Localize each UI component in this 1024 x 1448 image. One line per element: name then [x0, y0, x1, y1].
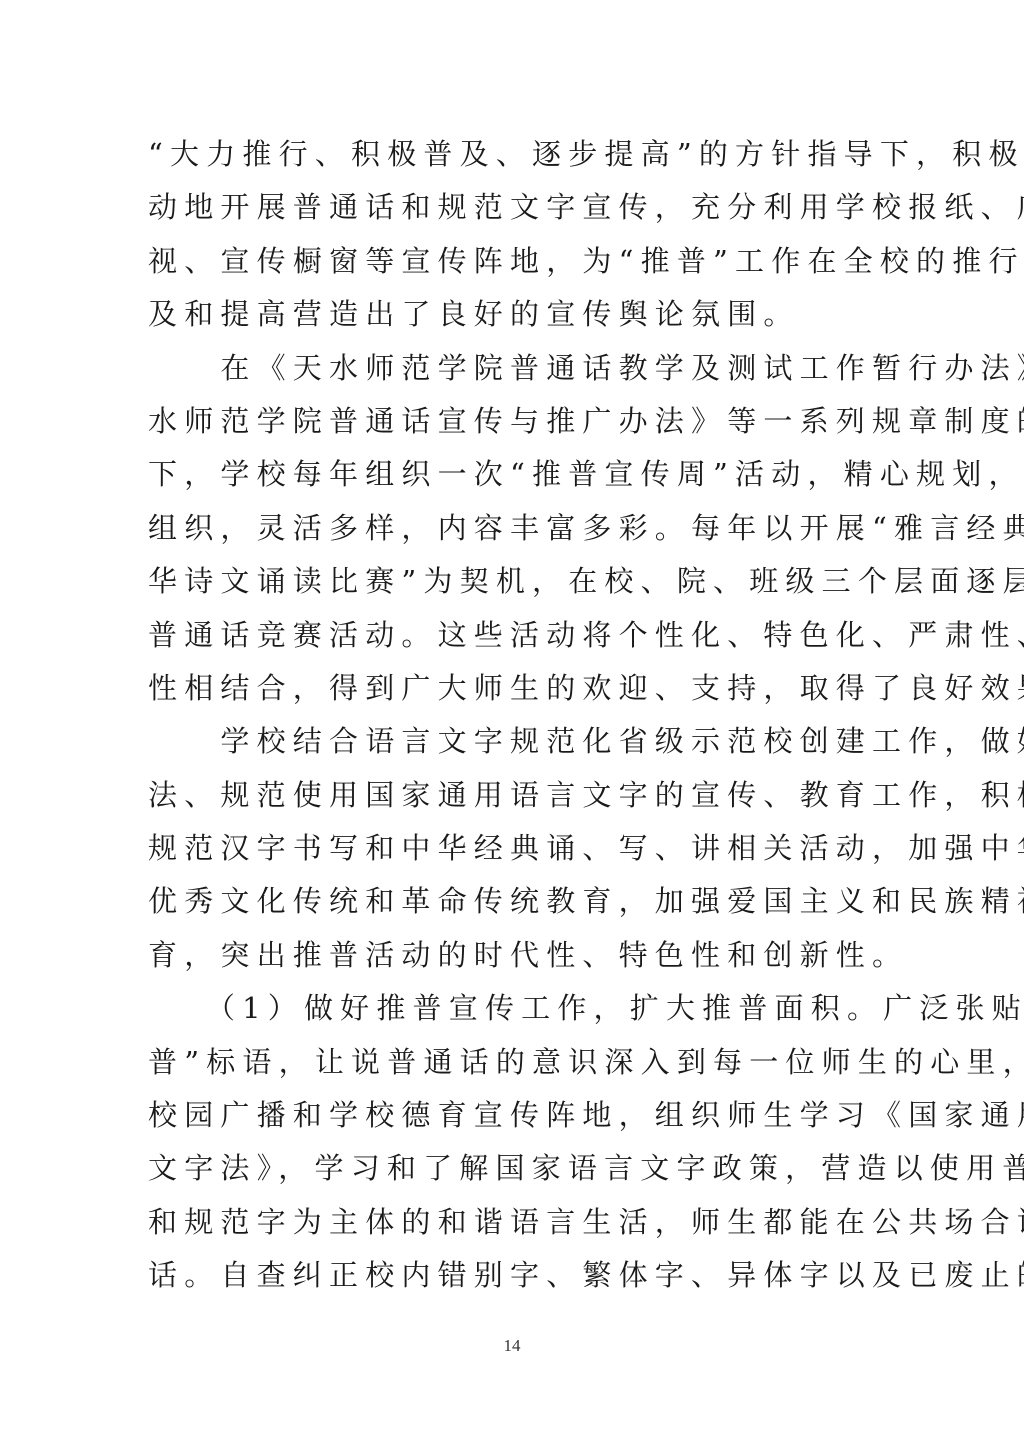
text-line: 法、规范使用国家通用语言文字的宣传、教育工作，积极开展: [148, 769, 883, 822]
text-line: 普”标语，让说普通话的意识深入到每一位师生的心里，通过: [148, 1036, 883, 1089]
text-line: 水师范学院普通话宣传与推广办法》等一系列规章制度的规范: [148, 395, 883, 448]
text-line: 视、宣传橱窗等宣传阵地，为“推普”工作在全校的推行、普: [148, 235, 883, 288]
text-line: 和规范字为主体的和谐语言生活，师生都能在公共场合讲普通: [148, 1196, 883, 1249]
text-line: 话。自查纠正校内错别字、繁体字、异体字以及已废止的不规: [148, 1249, 883, 1302]
page-number: 14: [0, 1336, 1024, 1356]
text-line: 学校结合语言文字规范化省级示范校创建工作，做好依: [148, 715, 883, 768]
text-line: 下，学校每年组织一次“推普宣传周”活动，精心规划，科学: [148, 448, 883, 501]
text-line: 动地开展普通话和规范文字宣传，充分利用学校报纸、广播电: [148, 181, 883, 234]
body-text: “大力推行、积极普及、逐步提高”的方针指导下，积极、主 动地开展普通话和规范文字…: [148, 128, 883, 1303]
text-line: 校园广播和学校德育宣传阵地，组织师生学习《国家通用语言: [148, 1089, 883, 1142]
text-line: 华诗文诵读比赛”为契机，在校、院、班级三个层面逐层开展: [148, 555, 883, 608]
text-line: “大力推行、积极普及、逐步提高”的方针指导下，积极、主: [148, 128, 883, 181]
text-line: 及和提高营造出了良好的宣传舆论氛围。: [148, 288, 883, 341]
text-line: 优秀文化传统和革命传统教育，加强爱国主义和民族精神教: [148, 875, 883, 928]
text-line: （1）做好推普宣传工作，扩大推普面积。广泛张贴“推: [148, 982, 883, 1035]
text-line: 性相结合，得到广大师生的欢迎、支持，取得了良好效果。: [148, 662, 883, 715]
text-line: 育，突出推普活动的时代性、特色性和创新性。: [148, 929, 883, 982]
text-line: 规范汉字书写和中华经典诵、写、讲相关活动，加强中华民族: [148, 822, 883, 875]
document-page: “大力推行、积极普及、逐步提高”的方针指导下，积极、主 动地开展普通话和规范文字…: [0, 0, 1024, 1448]
text-line: 普通话竞赛活动。这些活动将个性化、特色化、严肃性、趣味: [148, 609, 883, 662]
text-line: 组织，灵活多样，内容丰富多彩。每年以开展“雅言经典、中: [148, 502, 883, 555]
text-line: 在《天水师范学院普通话教学及测试工作暂行办法》《天: [148, 342, 883, 395]
text-line: 文字法》，学习和了解国家语言文字政策，营造以使用普通话: [148, 1142, 883, 1195]
